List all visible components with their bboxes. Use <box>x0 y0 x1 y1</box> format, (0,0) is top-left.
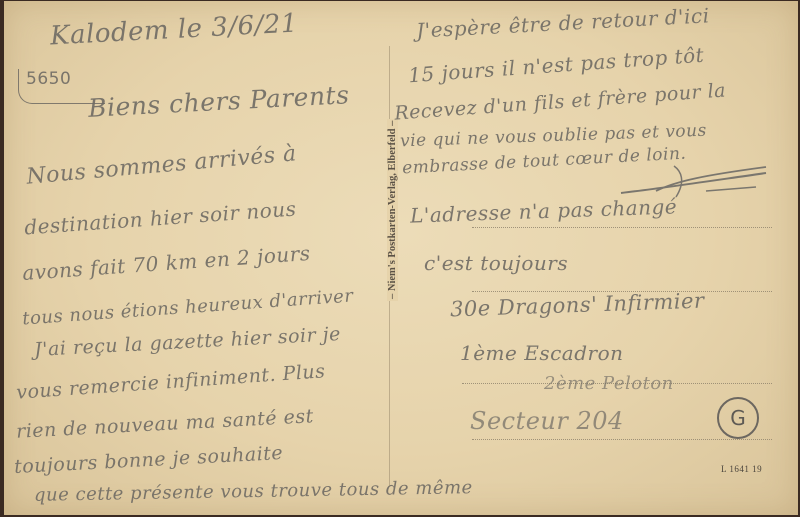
postcard-back: Kalodem le 3/6/21 5650 Biens chers Paren… <box>4 1 798 515</box>
printed-code: L 1641 19 <box>721 464 762 474</box>
address-text: 2ème Peloton <box>544 373 674 394</box>
circled-g-letter: G <box>730 406 746 430</box>
address-line-1 <box>472 227 772 228</box>
address-text: 1ème Escadron <box>460 341 624 365</box>
salutation: Biens chers Parents <box>87 80 350 123</box>
reference-number: 5650 <box>26 69 71 89</box>
right-message-line: 15 jours il n'est pas trop tôt <box>408 43 705 88</box>
message-line: que cette présente vous trouve tous de m… <box>34 477 473 506</box>
message-line: tous nous étions heureux d'arriver <box>22 285 354 329</box>
message-line: J'ai reçu la gazette hier soir je <box>34 323 342 361</box>
right-message-line: J'espère être de retour d'ici <box>416 3 711 42</box>
publisher-imprint: – Niem's Postkarten-Verlag, Elberfeld – <box>387 119 398 301</box>
address-text: L'adresse n'a pas changé <box>410 194 678 227</box>
message-line: rien de nouveau ma santé est <box>16 405 315 443</box>
message-line: Nous sommes arrivés à <box>25 141 297 190</box>
place-date: Kalodem le 3/6/21 <box>49 9 298 52</box>
address-text: c'est toujours <box>424 251 568 275</box>
address-line-4 <box>472 439 772 440</box>
right-message-line: Recevez d'un fils et frère pour la <box>394 79 727 124</box>
circled-g-mark: G <box>717 397 759 439</box>
address-text: 30e Dragons' Infirmier <box>450 289 705 322</box>
message-line: vous remercie infiniment. Plus <box>16 360 326 404</box>
message-line: avons fait 70 km en 2 jours <box>22 241 312 285</box>
address-text: Secteur 204 <box>470 407 624 435</box>
message-line: destination hier soir nous <box>23 197 297 240</box>
message-line: toujours bonne je souhaite <box>14 442 284 478</box>
